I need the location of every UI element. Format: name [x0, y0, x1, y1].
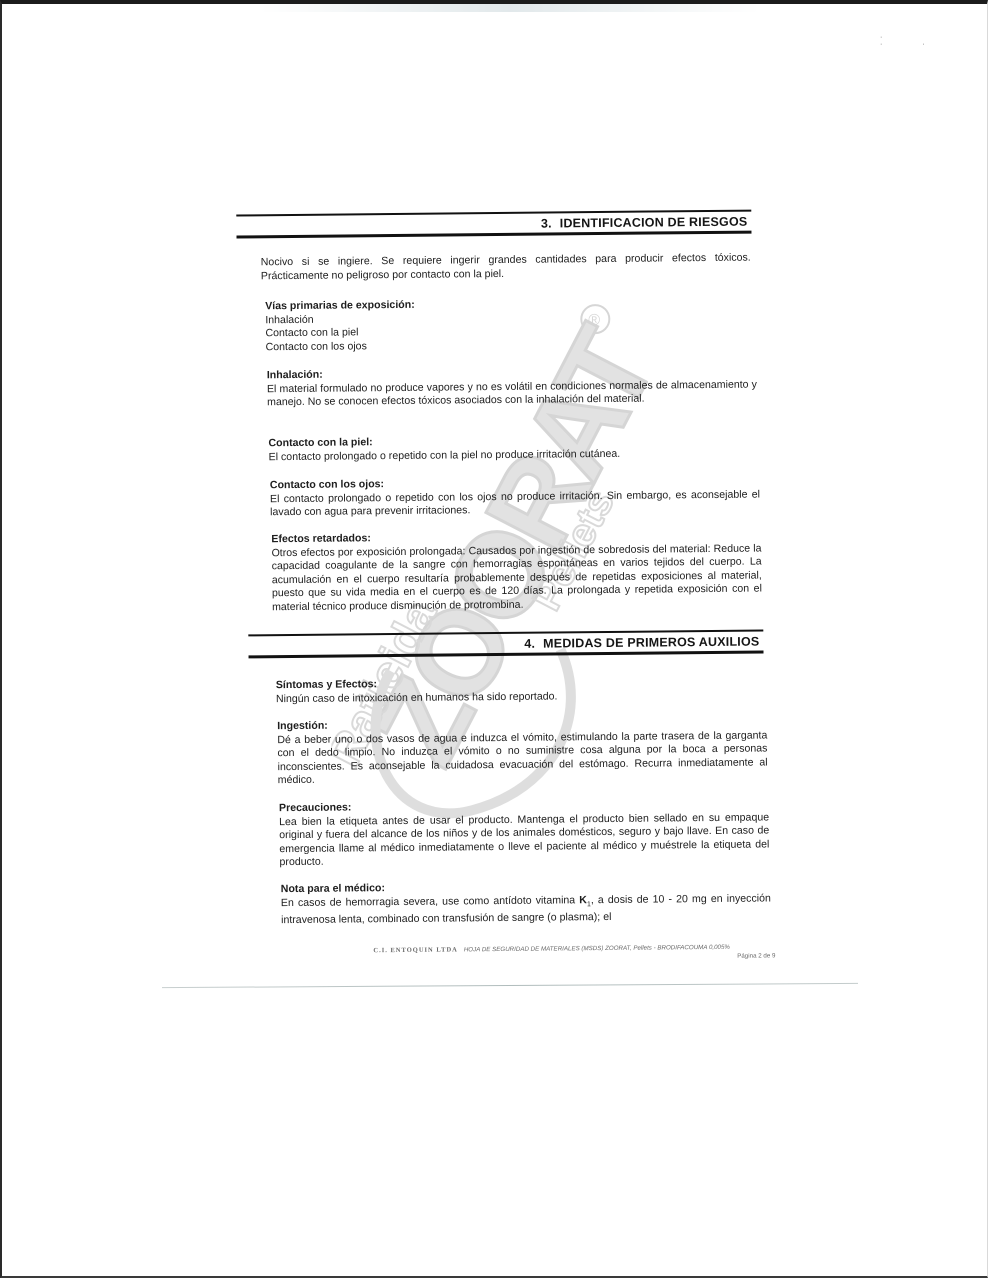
- section-title-text: MEDIDAS DE PRIMEROS AUXILIOS: [543, 635, 759, 651]
- subsection-contacto-piel: Contacto con la piel: El contacto prolon…: [268, 433, 758, 465]
- section-number: 3.: [541, 216, 552, 230]
- subsection-text: El contacto prolongado o repetido con lo…: [270, 488, 760, 520]
- section-3-header: 3.IDENTIFICACION DE RIESGOS: [236, 210, 751, 239]
- page-footer: C.I. ENTOQUIN LTDAHOJA DE SEGURIDAD DE M…: [373, 943, 775, 963]
- subsection-text: Lea bien la etiqueta antes de usar el pr…: [279, 811, 769, 870]
- subsection-text: En casos de hemorragia severa, use como …: [281, 892, 771, 928]
- footer-doc-title: HOJA DE SEGURIDAD DE MATERIALES (MSDS) Z…: [464, 944, 730, 954]
- section-title-text: IDENTIFICACION DE RIESGOS: [560, 215, 748, 231]
- subsection-sintomas: Síntomas y Efectos: Ningún caso de intox…: [276, 674, 766, 706]
- subsection-nota-medico: Nota para el médico: En casos de hemorra…: [281, 878, 771, 928]
- subsection-vias-primarias: Vías primarias de exposición: Inhalación…: [265, 296, 755, 355]
- subsection-precauciones: Precauciones: Lea bien la etiqueta antes…: [279, 797, 770, 870]
- subsection-contacto-ojos: Contacto con los ojos: El contacto prolo…: [270, 475, 760, 520]
- subsection-efectos-retardados: Efectos retardados: Otros efectos por ex…: [271, 528, 762, 614]
- section-number: 4.: [524, 637, 535, 651]
- subsection-text: Dé a beber uno o dos vasos de agua e ind…: [277, 729, 767, 788]
- subsection-text: El material formulado no produce vapores…: [267, 378, 757, 410]
- subsection-ingestion: Ingestión: Dé a beber uno o dos vasos de…: [277, 715, 768, 788]
- section-3-intro: Nocivo si se ingiere. Se requiere ingeri…: [261, 252, 751, 284]
- page-number: Página 2 de 9: [373, 952, 775, 963]
- subsection-inhalacion: Inhalación: El material formulado no pro…: [267, 365, 757, 410]
- subsection-text: Otros efectos por exposición prolongada:…: [271, 542, 762, 615]
- section-4-header: 4.MEDIDAS DE PRIMEROS AUXILIOS: [248, 629, 763, 658]
- vitamin-k-label: K: [579, 894, 587, 906]
- document-page: ® ZOORAT Raticida Pellets 3.IDENTIFICACI…: [0, 0, 990, 1280]
- footer-company: C.I. ENTOQUIN LTDA: [373, 946, 458, 954]
